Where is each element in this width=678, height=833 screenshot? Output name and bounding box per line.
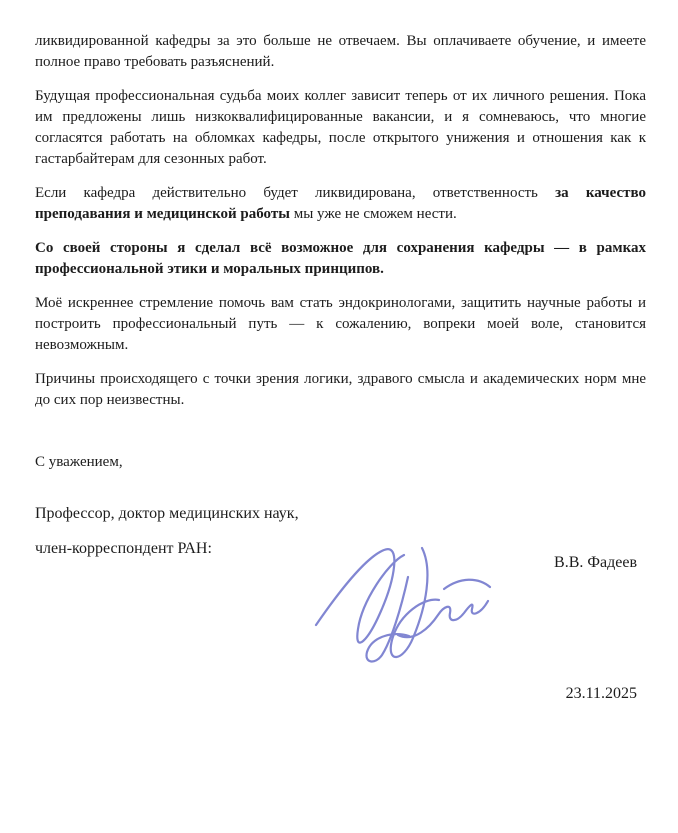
signatory-name: В.В. Фадеев: [554, 552, 637, 574]
text-segment: Моё искреннее стремление помочь вам стат…: [35, 295, 646, 353]
letter-paragraph-6: Причины происходящего с точки зрения лог…: [35, 369, 646, 411]
letter-paragraph-2: Будущая профессиональная судьба моих кол…: [35, 86, 646, 170]
signature-stroke: [398, 601, 488, 637]
signature-image: [302, 543, 498, 665]
letter-paragraph-1: ликвидированной кафедры за это больше не…: [35, 31, 646, 73]
letter-paragraph-5: Моё искреннее стремление помочь вам стат…: [35, 293, 646, 356]
letter-paragraph-4: Со своей стороны я сделал всё возможное …: [35, 238, 646, 280]
letter-date: 23.11.2025: [566, 683, 637, 705]
text-segment: Причины происходящего с точки зрения лог…: [35, 371, 646, 408]
signature-stroke: [444, 580, 490, 589]
signatory-title-line-1: Профессор, доктор медицинских наук,: [35, 503, 646, 525]
closing-salutation: С уважением,: [35, 452, 646, 473]
letter-paragraph-3: Если кафедра действительно будет ликвиди…: [35, 183, 646, 225]
text-segment: Если кафедра действительно будет ликвиди…: [35, 185, 555, 201]
signature-stroke: [316, 549, 404, 643]
text-segment-bold: Со своей стороны я сделал всё возможное …: [35, 240, 646, 277]
signature-stroke: [391, 548, 439, 657]
text-segment: Будущая профессиональная судьба моих кол…: [35, 88, 646, 167]
letter-body: ликвидированной кафедры за это больше не…: [35, 31, 646, 573]
text-segment: мы уже не сможем нести.: [290, 206, 457, 222]
text-segment: ликвидированной кафедры за это больше не…: [35, 33, 646, 70]
letter-page: ликвидированной кафедры за это больше не…: [0, 0, 678, 833]
